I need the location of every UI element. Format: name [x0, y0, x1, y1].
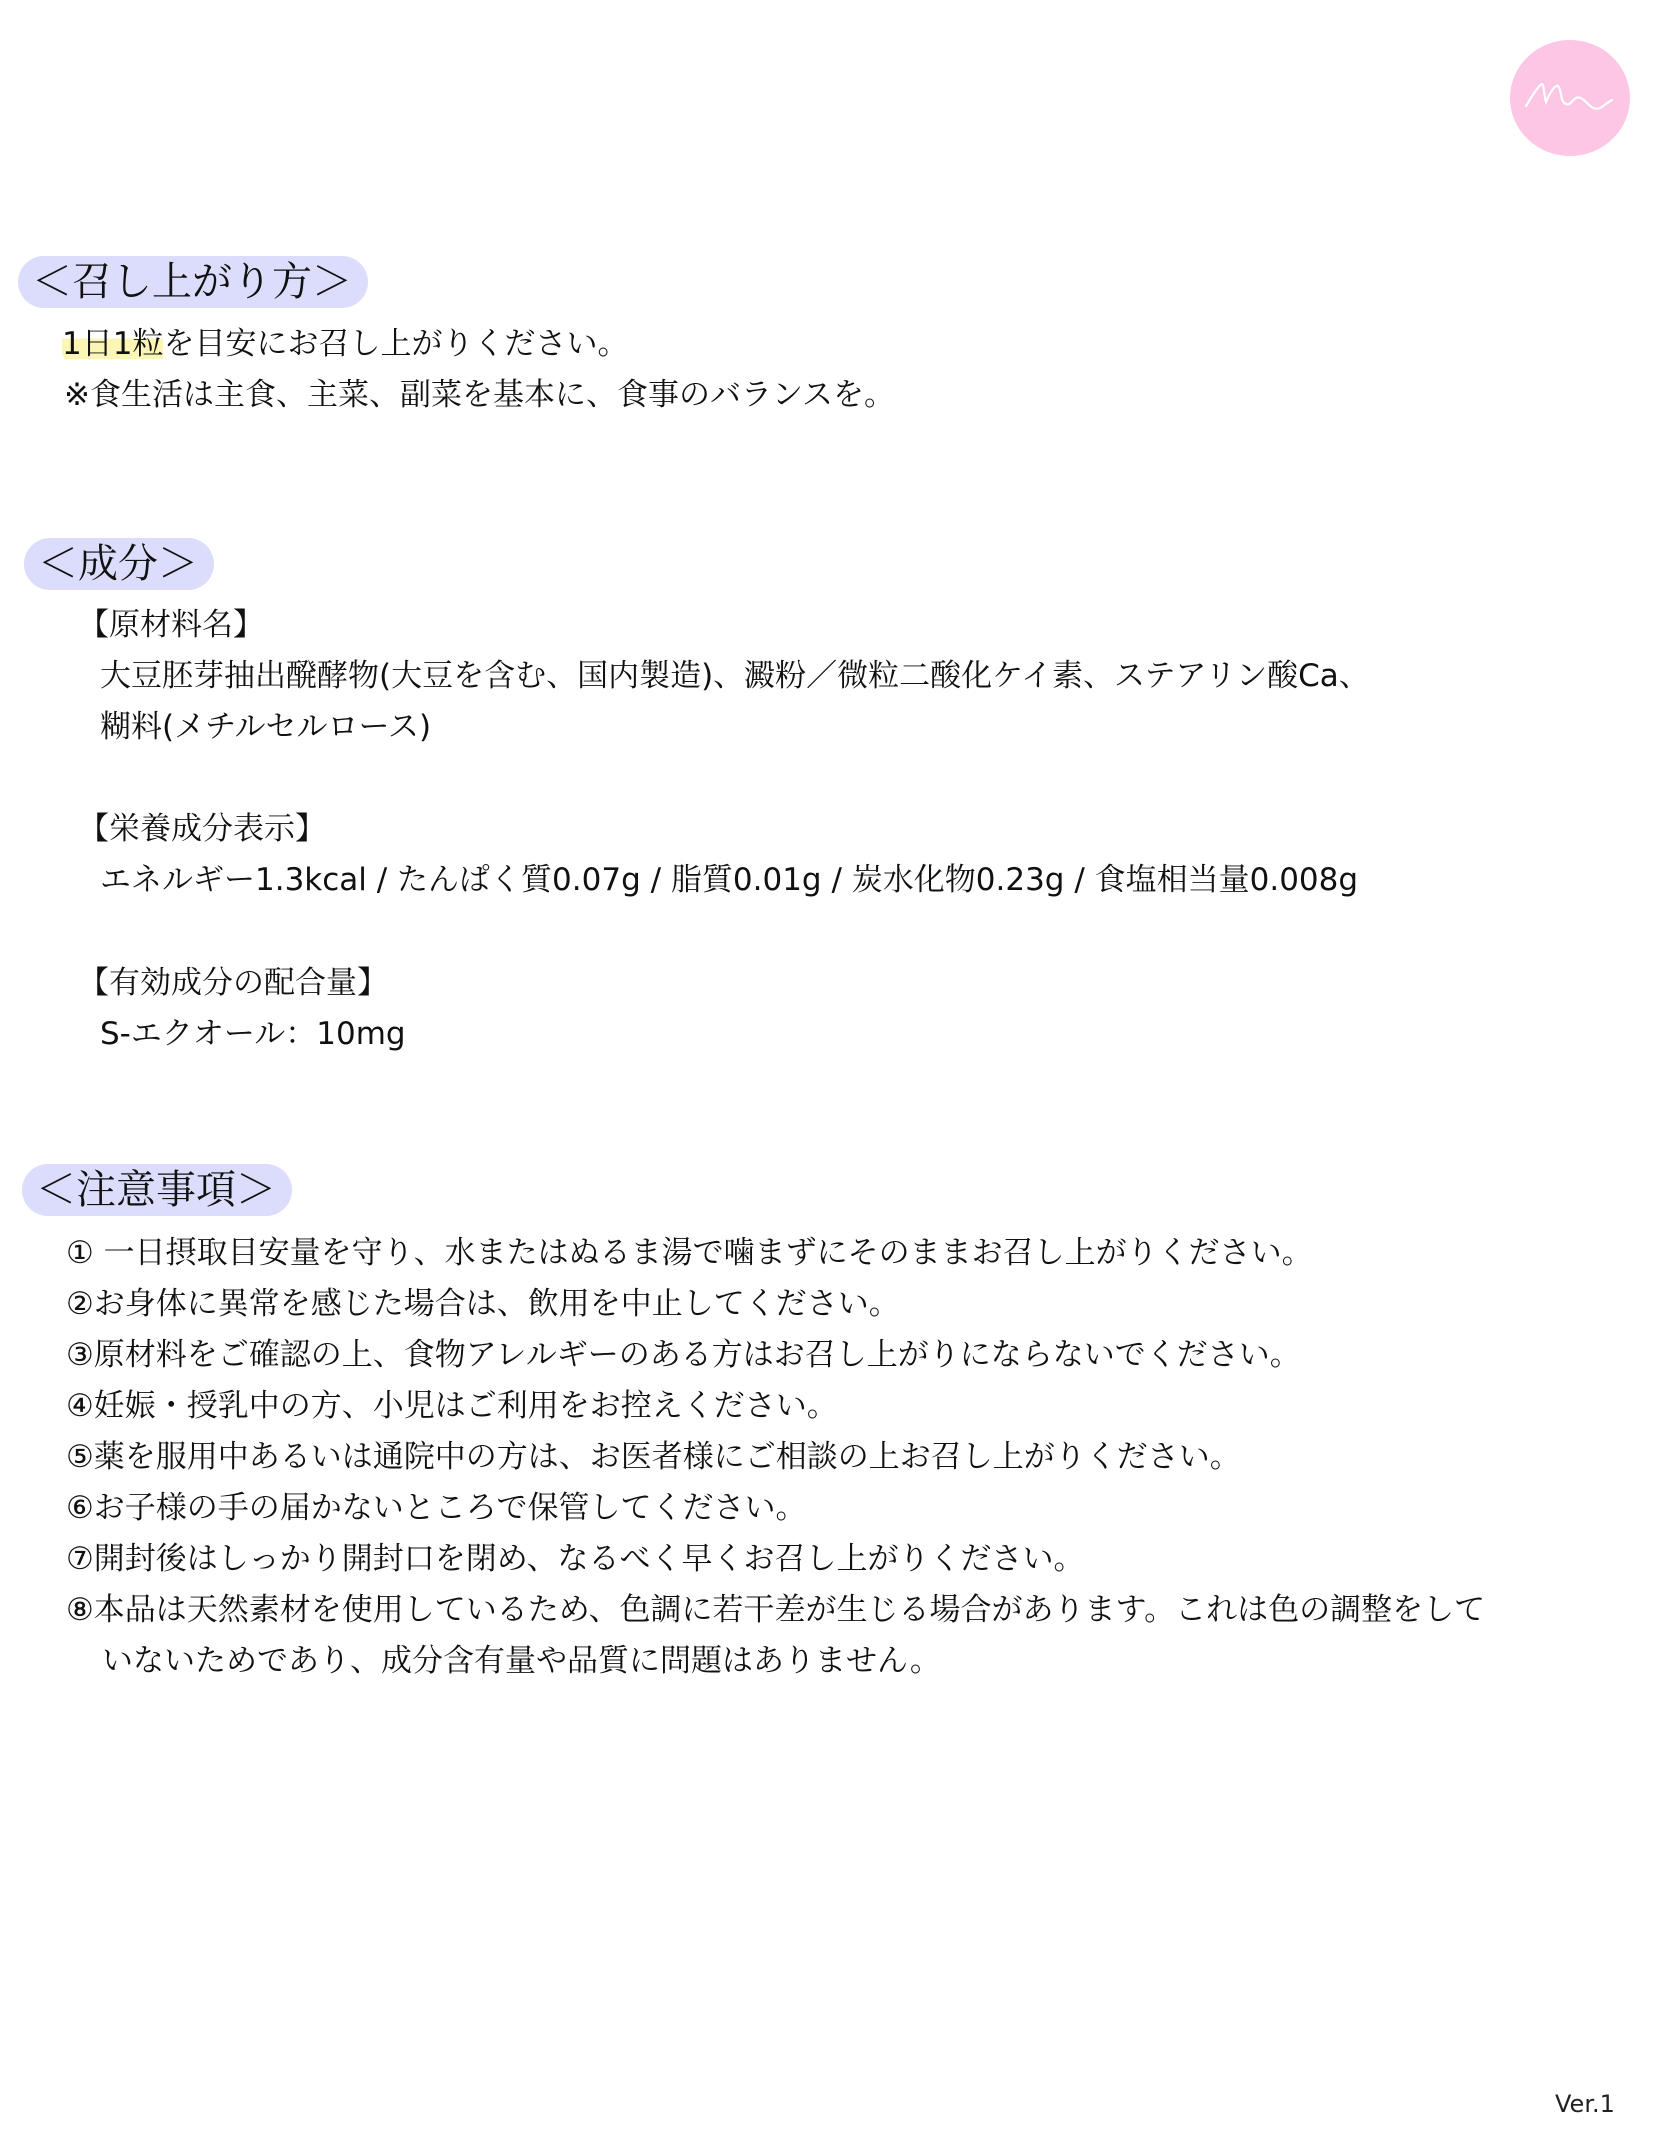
- version-label: Ver.1: [1555, 2090, 1615, 2118]
- caution-item-1: ① 一日摂取目安量を守り、水またはぬるま湯で噛まずにそのままお召し上がりください…: [66, 1233, 1313, 1273]
- usage-line-1: 1日1粒を目安にお召し上がりください。: [62, 324, 628, 364]
- caution-item-5: ⑤薬を服用中あるいは通院中の方は、お医者様にご相談の上お召し上がりください。: [66, 1437, 1241, 1477]
- caution-item-6: ⑥お子様の手の届かないところで保管してください。: [66, 1488, 806, 1528]
- brand-logo: [1510, 40, 1630, 156]
- dosage-highlight: 1日1粒: [62, 326, 163, 362]
- caution-item-8-continued: いないためであり、成分含有量や品質に問題はありません。: [102, 1641, 941, 1681]
- raw-materials-heading: 【原材料名】: [78, 605, 264, 645]
- caution-item-7: ⑦開封後はしっかり開封口を閉め、なるべく早くお召し上がりください。: [66, 1539, 1085, 1579]
- caution-item-2: ②お身体に異常を感じた場合は、飲用を中止してください。: [66, 1284, 900, 1324]
- nutrition-heading: 【栄養成分表示】: [78, 809, 326, 849]
- nutrition-values: エネルギー1.3kcal / たんぱく質0.07g / 脂質0.01g / 炭水…: [100, 860, 1358, 900]
- handwritten-mn-icon: [1510, 40, 1630, 156]
- usage-line-1-rest: を目安にお召し上がりください。: [163, 326, 628, 362]
- caution-item-8: ⑧本品は天然素材を使用しているため、色調に若干差が生じる場合があります。これは色…: [66, 1590, 1485, 1630]
- active-ingredient-heading: 【有効成分の配合量】: [78, 963, 388, 1003]
- section-title-usage: ＜召し上がり方＞: [18, 256, 368, 308]
- usage-line-2: ※食生活は主食、主菜、副菜を基本に、食事のバランスを。: [64, 375, 895, 415]
- raw-materials-line-1: 大豆胚芽抽出醗酵物(大豆を含む、国内製造)、澱粉／微粒二酸化ケイ素、ステアリン酸…: [100, 656, 1370, 696]
- active-ingredient-value: S-エクオール：10mg: [100, 1014, 406, 1054]
- section-title-cautions: ＜注意事項＞: [22, 1164, 292, 1216]
- raw-materials-line-2: 糊料(メチルセルロース): [100, 707, 431, 747]
- caution-item-3: ③原材料をご確認の上、食物アレルギーのある方はお召し上がりにならないでください。: [66, 1335, 1301, 1375]
- caution-item-4: ④妊娠・授乳中の方、小児はご利用をお控えください。: [66, 1386, 838, 1426]
- section-title-ingredients: ＜成分＞: [24, 538, 214, 590]
